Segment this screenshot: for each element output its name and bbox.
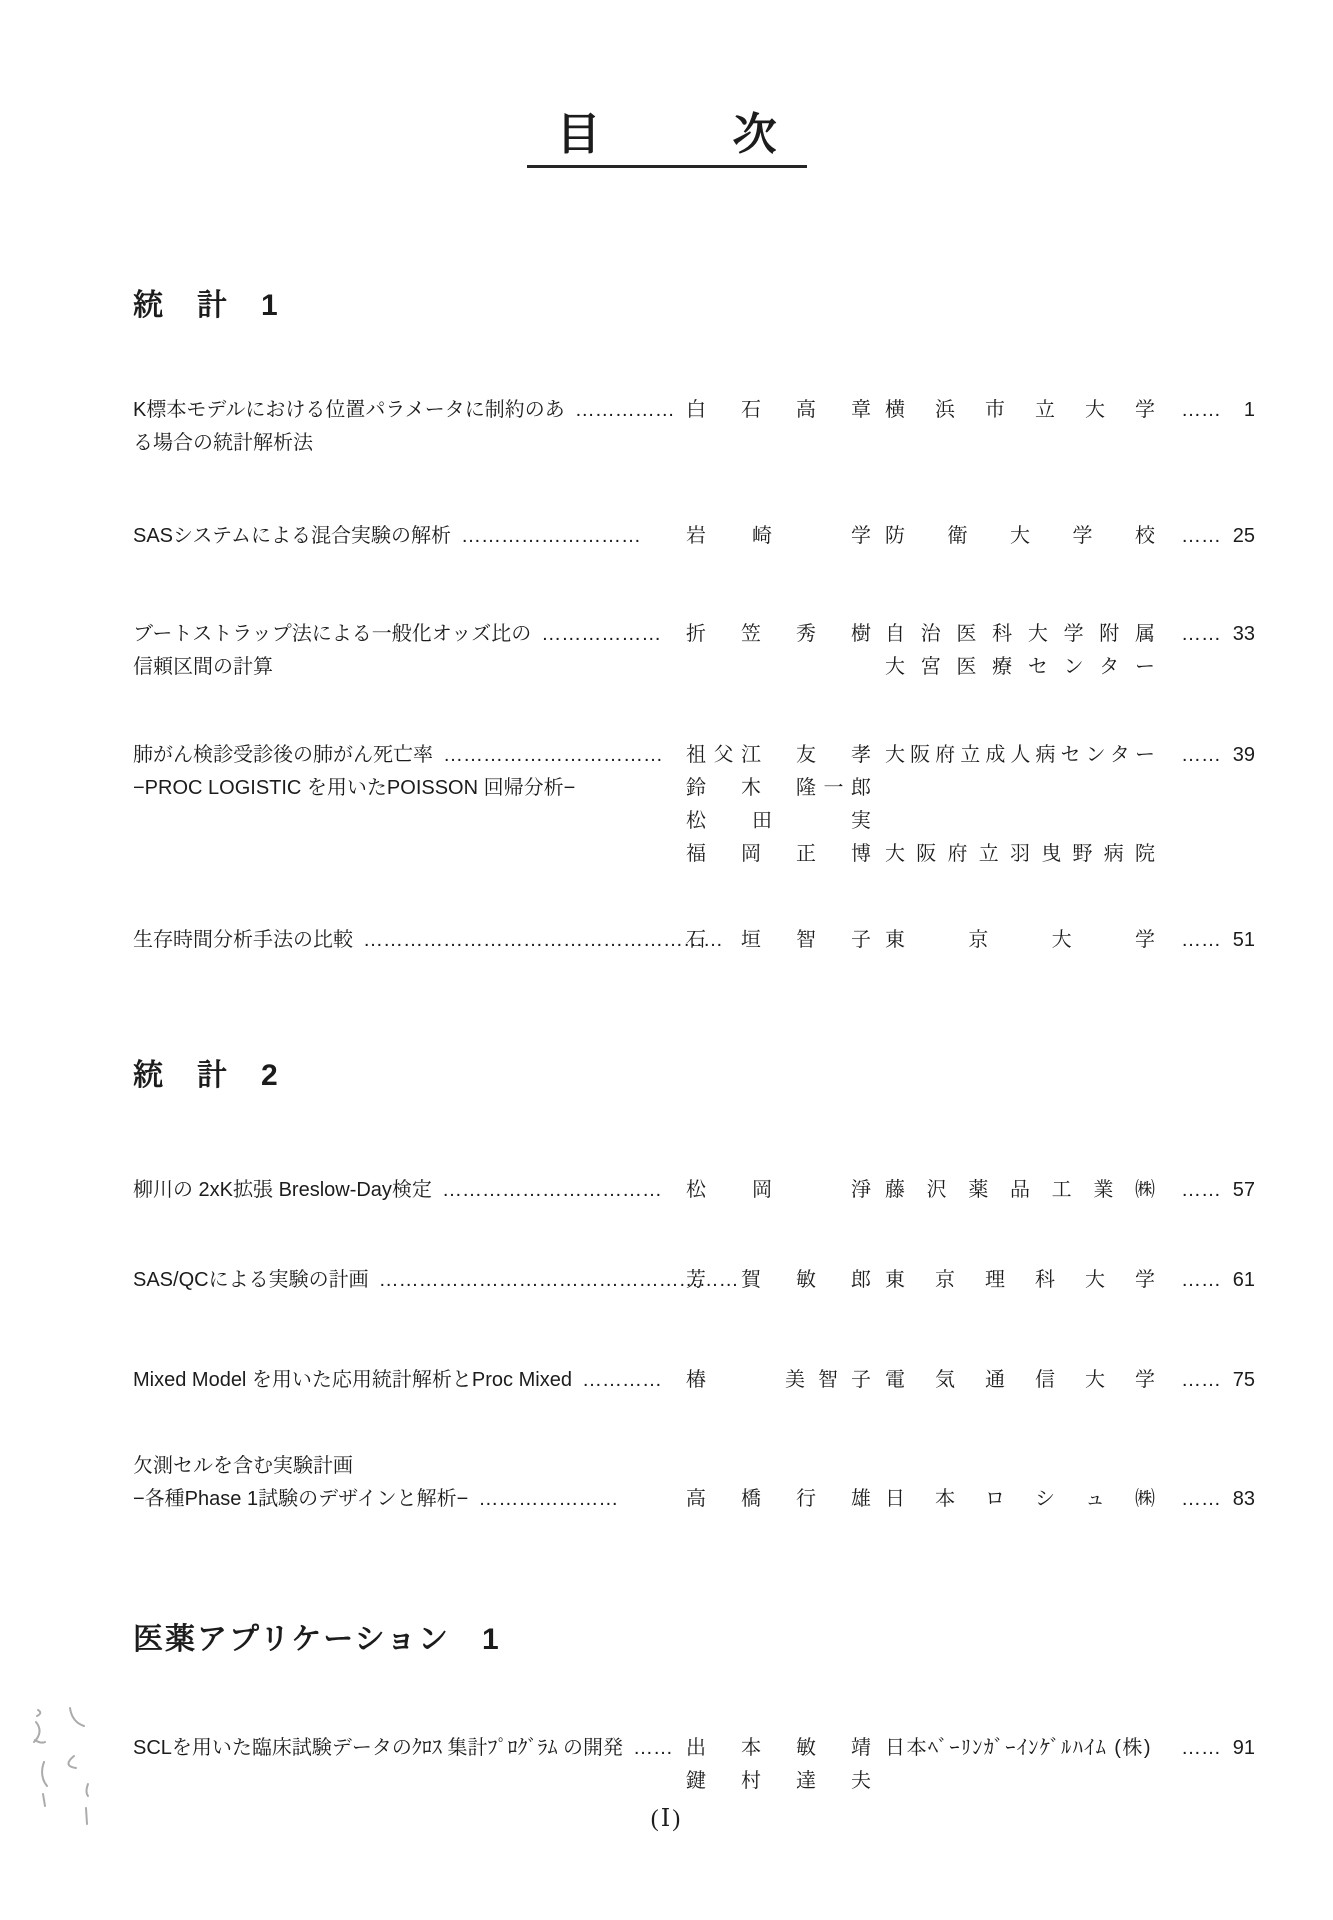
- toc-sections: 統 計 1K標本モデルにおける位置パラメータに制約のあ……………る場合の統計解析…: [133, 286, 1255, 1798]
- entry-title: K標本モデルにおける位置パラメータに制約のあ……………る場合の統計解析法: [133, 394, 678, 460]
- affiliation-name: 東 京 理 科 大 学: [885, 1264, 1155, 1297]
- page-dot-leader: ……: [1181, 1179, 1221, 1201]
- page-dot-leader: ……: [1181, 1369, 1221, 1391]
- entry-title-text: 欠測セルを含む実験計画: [133, 1455, 353, 1477]
- dot-leader: …………: [582, 1369, 662, 1391]
- entry-page: ……1: [1155, 394, 1255, 427]
- entry-page: ……75: [1155, 1364, 1255, 1397]
- title-line: 柳川の 2xK拡張 Breslow-Day検定……………………………: [133, 1174, 678, 1207]
- entry-authors: 芳 賀 敏 郎: [686, 1264, 871, 1297]
- doc-title-wrap: 目 次: [0, 110, 1333, 168]
- entry-affiliation: 日本ﾍﾞｰﾘﾝｶﾞｰｲﾝｹﾞﾙﾊｲﾑ (株): [885, 1732, 1155, 1765]
- page-number: 75: [1229, 1364, 1255, 1397]
- affiliation-name: 大 阪 府 立 羽 曳 野 病 院: [885, 838, 1155, 871]
- page-number: 51: [1229, 924, 1255, 957]
- entry-affiliation: 電 気 通 信 大 学: [885, 1364, 1155, 1397]
- entry-affiliation: 東 京 大 学: [885, 924, 1155, 957]
- title-line: Mixed Model を用いた応用統計解析とProc Mixed…………: [133, 1364, 678, 1397]
- affiliation-name: 日本ﾍﾞｰﾘﾝｶﾞｰｲﾝｹﾞﾙﾊｲﾑ (株): [885, 1732, 1155, 1765]
- page-number: 83: [1229, 1483, 1255, 1516]
- entry-title-text: K標本モデルにおける位置パラメータに制約のあ: [133, 399, 565, 421]
- entry-title-text: −各種Phase 1試験のデザインと解析−: [133, 1488, 468, 1510]
- entry-authors: 折 笠 秀 樹: [686, 618, 871, 651]
- dot-leader: ……………………………: [443, 744, 663, 766]
- entry-authors: 松 岡 淨: [686, 1174, 871, 1207]
- entry-authors: 石 垣 智 子: [686, 924, 871, 957]
- entry-authors: 出 本 敏 靖鍵 村 達 夫: [686, 1732, 871, 1798]
- dot-leader: ……………………………: [442, 1179, 662, 1201]
- dot-leader: …………………: [478, 1488, 618, 1510]
- page-number: 91: [1229, 1732, 1255, 1765]
- entry-title: SASシステムによる混合実験の解析………………………: [133, 520, 678, 553]
- entry-title: 欠測セルを含む実験計画−各種Phase 1試験のデザインと解析−…………………: [133, 1450, 678, 1516]
- entry-title-text: る場合の統計解析法: [133, 432, 313, 454]
- toc-entry: 柳川の 2xK拡張 Breslow-Day検定……………………………松 岡 淨藤…: [133, 1174, 1255, 1207]
- affiliation-name: 横 浜 市 立 大 学: [885, 394, 1155, 427]
- author-name: 折 笠 秀 樹: [686, 618, 871, 651]
- page-number: 25: [1229, 520, 1255, 553]
- section-heading: 医薬アプリケーション 1: [133, 1620, 1255, 1660]
- author-name: 松 岡 淨: [686, 1174, 871, 1207]
- title-line: K標本モデルにおける位置パラメータに制約のあ……………: [133, 394, 678, 427]
- handwritten-marks: [22, 1700, 142, 1830]
- toc-entry: 生存時間分析手法の比較………………………………………………石 垣 智 子東 京 …: [133, 924, 1255, 957]
- page-number: 39: [1229, 739, 1255, 772]
- page-dot-leader: ……: [1181, 744, 1221, 766]
- entry-authors: 白 石 高 章: [686, 394, 871, 427]
- author-name: 石 垣 智 子: [686, 924, 871, 957]
- toc-entry: SCLを用いた臨床試験データのｸﾛｽ 集計ﾌﾟﾛｸﾞﾗﾑ の開発……出 本 敏 …: [133, 1732, 1255, 1798]
- entry-page: ……25: [1155, 520, 1255, 553]
- affiliation-name: [885, 805, 1155, 838]
- entry-title: 柳川の 2xK拡張 Breslow-Day検定……………………………: [133, 1174, 678, 1207]
- title-line: SASシステムによる混合実験の解析………………………: [133, 520, 678, 553]
- entry-page: ……83: [1155, 1450, 1255, 1516]
- page-number: 33: [1229, 618, 1255, 651]
- entry-authors: 岩 崎 学: [686, 520, 871, 553]
- entry-title: Mixed Model を用いた応用統計解析とProc Mixed…………: [133, 1364, 678, 1397]
- author-name: 祖父江 友 孝: [686, 739, 871, 772]
- entry-page: ……39: [1155, 739, 1255, 772]
- entry-affiliation: 東 京 理 科 大 学: [885, 1264, 1155, 1297]
- affiliation-name: [885, 772, 1155, 805]
- entry-authors: 椿 美智子: [686, 1364, 871, 1397]
- title-line: SAS/QCによる実験の計画………………………………………………: [133, 1264, 678, 1297]
- page-dot-leader: ……: [1181, 525, 1221, 547]
- author-name: 鍵 村 達 夫: [686, 1765, 871, 1798]
- affiliation-name: 大 宮 医 療 セ ン タ ー: [885, 651, 1155, 684]
- page-number: 61: [1229, 1264, 1255, 1297]
- dot-leader: ………………………………………………: [379, 1269, 739, 1291]
- page-dot-leader: ……: [1181, 1488, 1221, 1510]
- entry-title-text: ブートストラップ法による一般化オッズ比の: [133, 623, 531, 645]
- entry-affiliation: 日 本 ロ シ ュ ㈱: [885, 1450, 1155, 1516]
- dot-leader: ……………: [575, 399, 675, 421]
- entry-title-text: 肺がん検診受診後の肺がん死亡率: [133, 744, 433, 766]
- entry-authors: 高 橋 行 雄: [686, 1450, 871, 1516]
- toc-page: 目 次 統 計 1K標本モデルにおける位置パラメータに制約のあ……………る場合の…: [0, 0, 1333, 1920]
- author-name: 白 石 高 章: [686, 394, 871, 427]
- entry-title: 生存時間分析手法の比較………………………………………………: [133, 924, 678, 957]
- affiliation-name: 大阪府立成人病センター: [885, 739, 1155, 772]
- toc-entry: Mixed Model を用いた応用統計解析とProc Mixed…………椿 美…: [133, 1364, 1255, 1397]
- entry-title-text: 柳川の 2xK拡張 Breslow-Day検定: [133, 1179, 432, 1201]
- entry-title-text: Mixed Model を用いた応用統計解析とProc Mixed: [133, 1369, 572, 1391]
- affiliation-name: 自 治 医 科 大 学 附 属: [885, 618, 1155, 651]
- entry-page: ……33: [1155, 618, 1255, 651]
- entry-title: 肺がん検診受診後の肺がん死亡率……………………………−PROC LOGISTIC…: [133, 739, 678, 805]
- dot-leader: ………………………………………………: [363, 929, 723, 951]
- title-line: る場合の統計解析法: [133, 427, 678, 460]
- entry-affiliation: 防 衛 大 学 校: [885, 520, 1155, 553]
- title-line: −各種Phase 1試験のデザインと解析−…………………: [133, 1483, 678, 1516]
- dot-leader: ………………………: [461, 525, 641, 547]
- affiliation-name: 電 気 通 信 大 学: [885, 1364, 1155, 1397]
- affiliation-name: 防 衛 大 学 校: [885, 520, 1155, 553]
- affiliation-name: 日 本 ロ シ ュ ㈱: [885, 1483, 1155, 1516]
- page-dot-leader: ……: [1181, 623, 1221, 645]
- entry-page: ……91: [1155, 1732, 1255, 1765]
- author-name: 岩 崎 学: [686, 520, 871, 553]
- author-name: 出 本 敏 靖: [686, 1732, 871, 1765]
- entry-affiliation: 大阪府立成人病センター大 阪 府 立 羽 曳 野 病 院: [885, 739, 1155, 871]
- entry-title: SCLを用いた臨床試験データのｸﾛｽ 集計ﾌﾟﾛｸﾞﾗﾑ の開発……: [133, 1732, 678, 1765]
- entry-title-text: −PROC LOGISTIC を用いたPOISSON 回帰分析−: [133, 777, 575, 799]
- toc-entry: SASシステムによる混合実験の解析………………………岩 崎 学防 衛 大 学 校…: [133, 520, 1255, 553]
- section-heading: 統 計 2: [133, 1056, 1255, 1096]
- author-name: 高 橋 行 雄: [686, 1483, 871, 1516]
- page-number: 1: [1229, 394, 1255, 427]
- entry-title: SAS/QCによる実験の計画………………………………………………: [133, 1264, 678, 1297]
- entry-affiliation: 藤 沢 薬 品 工 業 ㈱: [885, 1174, 1155, 1207]
- toc-entry: SAS/QCによる実験の計画………………………………………………芳 賀 敏 郎東…: [133, 1264, 1255, 1297]
- title-line: 肺がん検診受診後の肺がん死亡率……………………………: [133, 739, 678, 772]
- entry-title: ブートストラップ法による一般化オッズ比の………………信頼区間の計算: [133, 618, 678, 684]
- toc-entry: 欠測セルを含む実験計画−各種Phase 1試験のデザインと解析−…………………高…: [133, 1450, 1255, 1516]
- entry-title-text: SASシステムによる混合実験の解析: [133, 525, 451, 547]
- entry-title-text: SCLを用いた臨床試験データのｸﾛｽ 集計ﾌﾟﾛｸﾞﾗﾑ の開発: [133, 1737, 623, 1759]
- toc-entry: K標本モデルにおける位置パラメータに制約のあ……………る場合の統計解析法白 石 …: [133, 394, 1255, 460]
- entry-authors: 祖父江 友 孝鈴 木 隆一郎松 田 実福 岡 正 博: [686, 739, 871, 871]
- entry-page: ……51: [1155, 924, 1255, 957]
- page-dot-leader: ……: [1181, 1737, 1221, 1759]
- title-line: ブートストラップ法による一般化オッズ比の………………: [133, 618, 678, 651]
- affiliation-name: 東 京 大 学: [885, 924, 1155, 957]
- author-name: 鈴 木 隆一郎: [686, 772, 871, 805]
- author-name: 松 田 実: [686, 805, 871, 838]
- entry-page: ……57: [1155, 1174, 1255, 1207]
- title-line: 欠測セルを含む実験計画: [133, 1450, 678, 1483]
- entry-title-text: 生存時間分析手法の比較: [133, 929, 353, 951]
- page-title: 目 次: [527, 110, 807, 168]
- dot-leader: ………………: [541, 623, 661, 645]
- page-dot-leader: ……: [1181, 929, 1221, 951]
- section-heading: 統 計 1: [133, 286, 1255, 326]
- dot-leader: ……: [633, 1737, 673, 1759]
- affiliation-name: 藤 沢 薬 品 工 業 ㈱: [885, 1174, 1155, 1207]
- page-number: 57: [1229, 1174, 1255, 1207]
- author-name: 椿 美智子: [686, 1364, 871, 1397]
- entry-affiliation: 自 治 医 科 大 学 附 属大 宮 医 療 セ ン タ ー: [885, 618, 1155, 684]
- title-line: −PROC LOGISTIC を用いたPOISSON 回帰分析−: [133, 772, 678, 805]
- toc-entry: 肺がん検診受診後の肺がん死亡率……………………………−PROC LOGISTIC…: [133, 739, 1255, 871]
- title-line: 生存時間分析手法の比較………………………………………………: [133, 924, 678, 957]
- entry-title-text: 信頼区間の計算: [133, 656, 273, 678]
- entry-affiliation: 横 浜 市 立 大 学: [885, 394, 1155, 427]
- entry-title-text: SAS/QCによる実験の計画: [133, 1269, 369, 1291]
- author-name: 芳 賀 敏 郎: [686, 1264, 871, 1297]
- page-dot-leader: ……: [1181, 399, 1221, 421]
- toc-entry: ブートストラップ法による一般化オッズ比の………………信頼区間の計算折 笠 秀 樹…: [133, 618, 1255, 684]
- title-line: SCLを用いた臨床試験データのｸﾛｽ 集計ﾌﾟﾛｸﾞﾗﾑ の開発……: [133, 1732, 678, 1765]
- page-number-footer: (Ⅰ): [0, 1804, 1333, 1833]
- title-line: 信頼区間の計算: [133, 651, 678, 684]
- entry-page: ……61: [1155, 1264, 1255, 1297]
- author-name: 福 岡 正 博: [686, 838, 871, 871]
- page-dot-leader: ……: [1181, 1269, 1221, 1291]
